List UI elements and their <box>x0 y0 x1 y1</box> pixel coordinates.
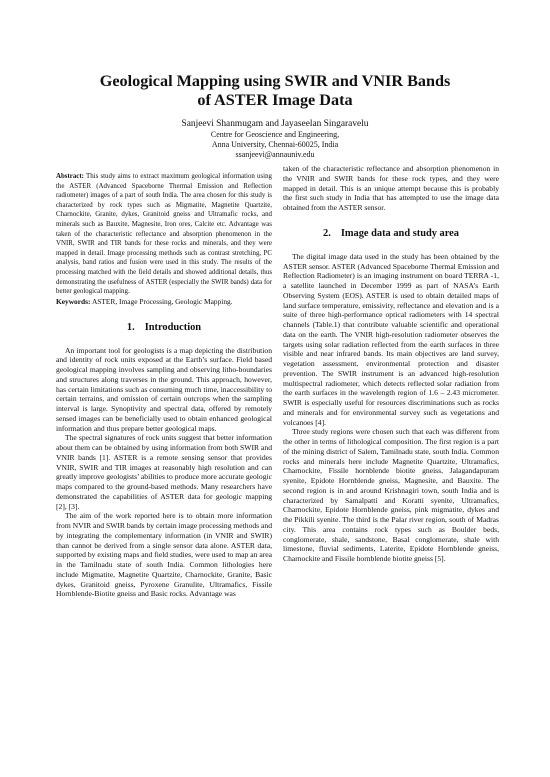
section-title: Introduction <box>145 322 201 333</box>
intro-paragraph-2: The spectral signatures of rock units su… <box>56 433 272 511</box>
keywords-text: ASTER, Image Processing, Geologic Mappin… <box>92 297 233 306</box>
section-number: 1. <box>127 322 135 333</box>
keywords-label: Keywords: <box>56 297 91 306</box>
abstract-text: This study aims to extract maximum geolo… <box>56 173 272 295</box>
title-line-1: Geological Mapping using SWIR and VNIR B… <box>40 72 510 91</box>
paper-title: Geological Mapping using SWIR and VNIR B… <box>40 72 510 110</box>
right-column: taken of the characteristic reflectance … <box>283 164 499 564</box>
title-line-2: of ASTER Image Data <box>40 91 510 110</box>
paper-page: Geological Mapping using SWIR and VNIR B… <box>0 0 550 777</box>
author-email: ssanjeevi@annauniv.edu <box>40 150 510 160</box>
author-affiliation: Centre for Geoscience and Engineering, A… <box>40 130 510 161</box>
section-number: 2. <box>323 228 331 239</box>
intro-paragraph-3: The aim of the work reported here is to … <box>56 511 272 599</box>
intro-paragraph-3-continued: taken of the characteristic reflectance … <box>283 164 499 213</box>
keywords: Keywords: ASTER, Image Processing, Geolo… <box>56 297 272 307</box>
author-names: Sanjeevi Shanmugam and Jayaseelan Singar… <box>40 118 510 130</box>
abstract-label: Abstract: <box>56 173 84 180</box>
section-title: Image data and study area <box>341 228 459 239</box>
section-heading-introduction: 1.Introduction <box>56 321 272 334</box>
study-area-paragraph-2: Three study regions were chosen such tha… <box>283 427 499 564</box>
left-column: Abstract: This study aims to extract max… <box>56 172 272 599</box>
section-heading-image-data: 2.Image data and study area <box>283 227 499 240</box>
affiliation-university: Anna University, Chennai-60025, India <box>40 140 510 150</box>
affiliation-centre: Centre for Geoscience and Engineering, <box>40 130 510 140</box>
study-area-paragraph-1: The digital image data used in the study… <box>283 252 499 428</box>
abstract: Abstract: This study aims to extract max… <box>56 172 272 297</box>
intro-paragraph-1: An important tool for geologists is a ma… <box>56 346 272 434</box>
